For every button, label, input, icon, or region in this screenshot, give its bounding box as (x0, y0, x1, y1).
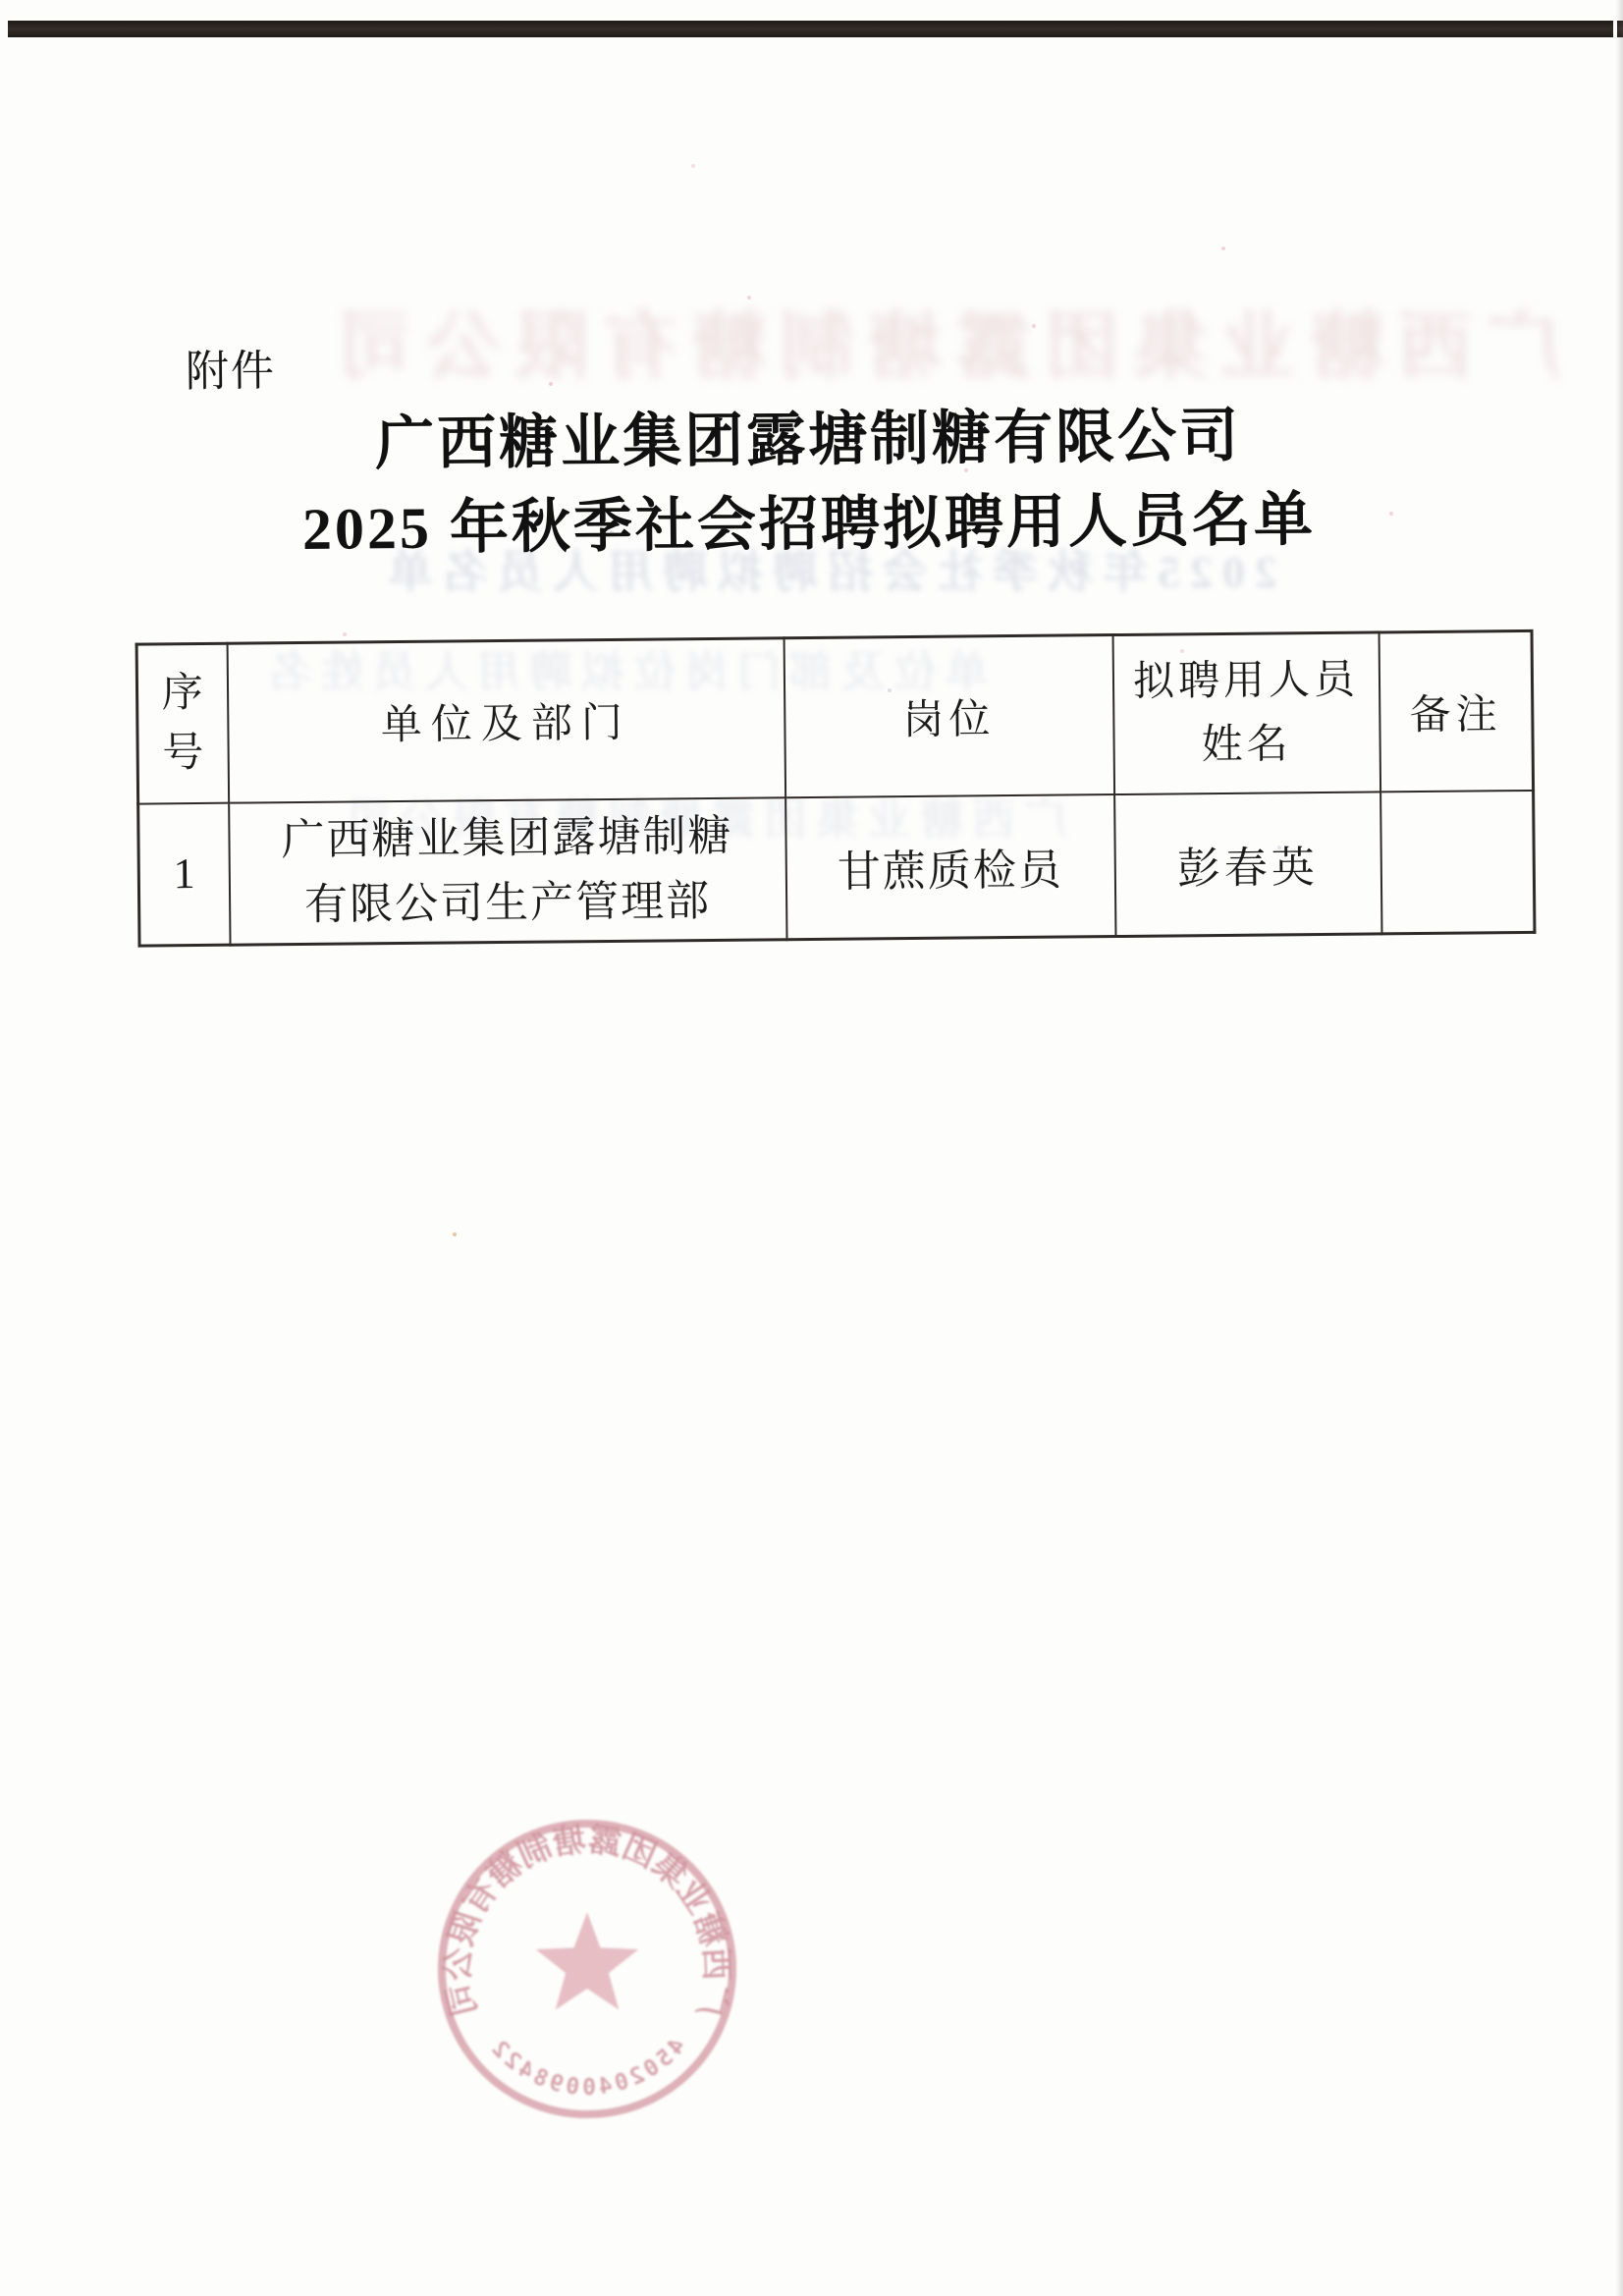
header-unit-label: 单位及部门 (381, 701, 631, 748)
header-remark-label: 备注 (1409, 692, 1501, 738)
document-title-line1: 广西糖业集团露塘制糖有限公司 (0, 385, 1620, 485)
header-unit: 单位及部门 (227, 638, 785, 802)
scanned-document-page: 广西糖业集团露塘制糖有限公司 2025年秋季社会招聘拟聘用人员名单 单位及部门岗… (0, 0, 1623, 2296)
attachment-label: 附件 (186, 335, 277, 399)
header-position: 岗位 (784, 635, 1114, 797)
cell-seq: 1 (138, 802, 230, 946)
cell-unit: 广西糖业集团露塘制糖有限公司生产管理部 (229, 797, 786, 945)
header-seq-label: 序号 (157, 664, 208, 784)
document-content: 附件 广西糖业集团露塘制糖有限公司 2025 年秋季社会招聘拟聘用人员名单 序号… (0, 0, 1623, 2296)
table-row: 1 广西糖业集团露塘制糖有限公司生产管理部 甘蔗质检员 彭春英 (138, 790, 1535, 946)
official-seal: 广西糖业集团露塘制糖有限公司 4502040098422 (435, 1817, 739, 2121)
header-candidate-name-label: 拟聘用人员姓名 (1130, 648, 1362, 778)
document-title-line2: 2025 年秋季社会招聘拟聘用人员名单 (0, 469, 1621, 570)
cell-unit-text: 广西糖业集团露塘制糖有限公司生产管理部 (275, 803, 739, 938)
header-candidate-name: 拟聘用人员姓名 (1112, 632, 1380, 794)
scan-noise-speckles (0, 0, 2, 2)
cell-candidate-name: 彭春英 (1114, 792, 1381, 937)
table-header-row: 序号 单位及部门 岗位 拟聘用人员姓名 备注 (136, 630, 1533, 803)
roster-table: 序号 单位及部门 岗位 拟聘用人员姓名 备注 1 广西糖业集团露塘制糖有限公司生… (135, 629, 1537, 948)
cell-position: 甘蔗质检员 (785, 794, 1115, 940)
header-seq: 序号 (136, 643, 229, 803)
cell-remark (1380, 790, 1535, 933)
header-remark: 备注 (1379, 630, 1534, 791)
seal-star-icon (536, 1912, 639, 2010)
header-position-label: 岗位 (902, 697, 995, 743)
